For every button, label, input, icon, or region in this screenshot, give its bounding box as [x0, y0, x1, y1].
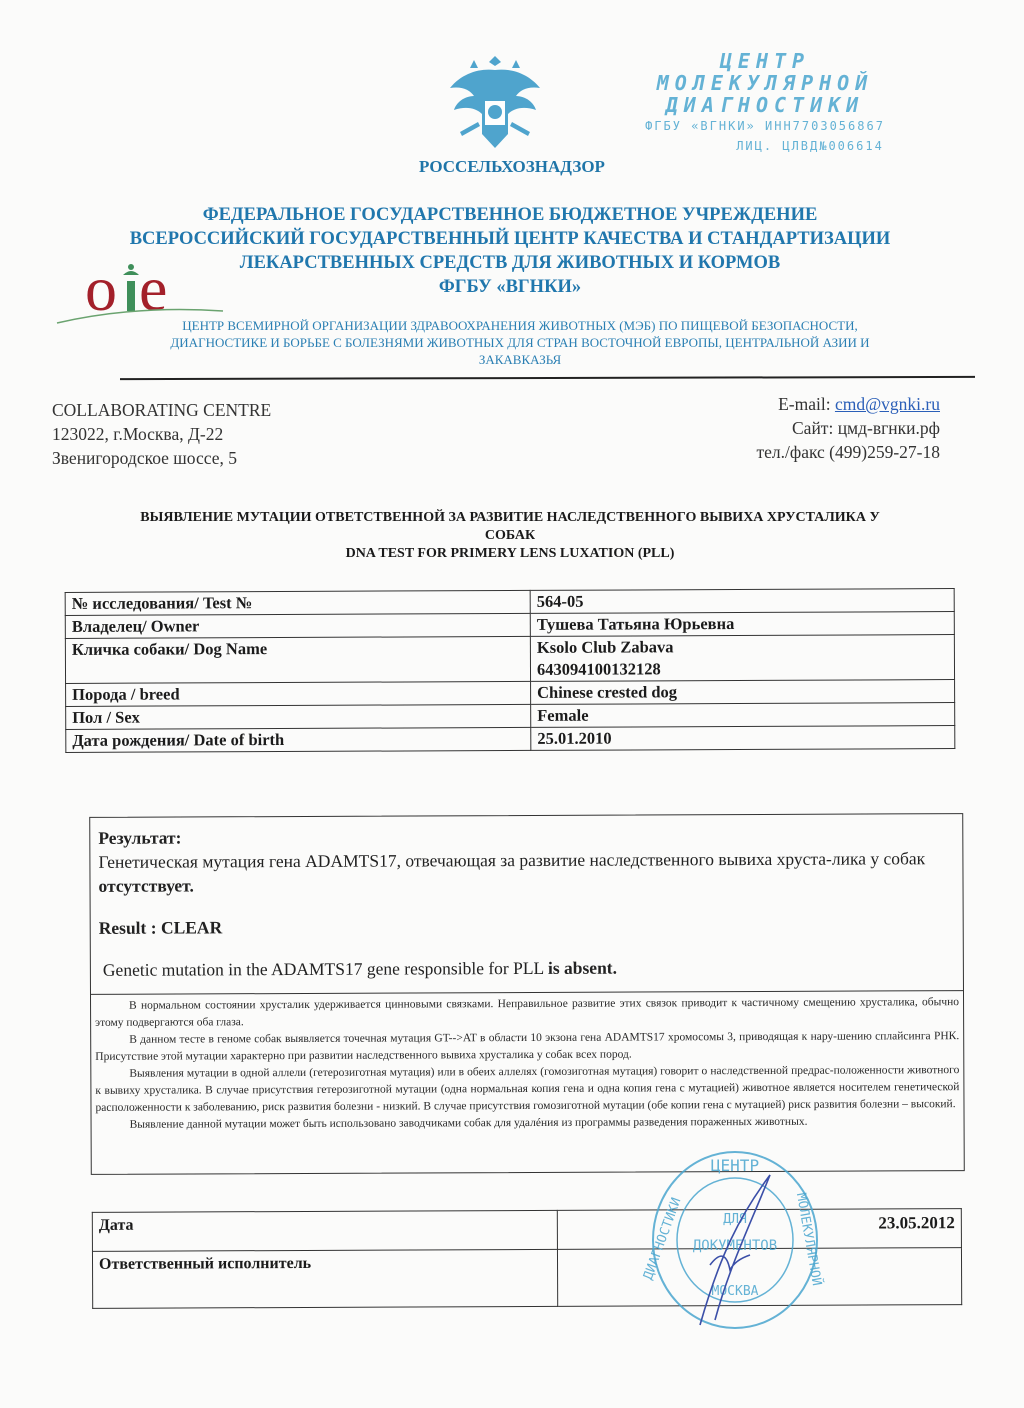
header-divider — [120, 376, 975, 380]
note-paragraph: В нормальном состоянии хрусталик удержив… — [95, 994, 959, 1032]
svg-text:ДИАГНОСТИКИ: ДИАГНОСТИКИ — [641, 1196, 685, 1282]
svg-text:e: e — [139, 255, 167, 324]
row-value: 564-05 — [530, 589, 954, 614]
address-line: Звенигородское шоссе, 5 — [52, 446, 271, 470]
oie-logo-icon: o e — [55, 255, 225, 325]
org-title-line: ФЕДЕРАЛЬНОЕ ГОСУДАРСТВЕННОЕ БЮДЖЕТНОЕ УЧ… — [60, 203, 960, 227]
org-sub-line: ЗАКАВКАЗЬЯ — [80, 351, 960, 368]
email-link[interactable]: cmd@vgnki.ru — [835, 394, 940, 414]
email-label: E-mail: — [778, 394, 835, 414]
stamp-line-1: ЦЕНТР — [600, 50, 930, 72]
row-value: Female — [531, 703, 955, 728]
contact-block: E-mail: cmd@vgnki.ru Сайт: цмд-вгнки.рф … — [756, 392, 940, 464]
result-en-text: Genetic mutation in the ADAMTS17 gene re… — [103, 958, 548, 980]
title-ru-line: СОБАК — [50, 527, 970, 545]
result-ru: Генетическая мутация гена ADAMTS17, отве… — [98, 846, 954, 898]
row-label: Дата рождения/ Date of birth — [66, 727, 531, 752]
title-ru-line: ВЫЯВЛЕНИЕ МУТАЦИИ ОТВЕТСТВЕННОЙ ЗА РАЗВИ… — [50, 509, 970, 527]
result-en: Genetic mutation in the ADAMTS17 gene re… — [99, 954, 955, 982]
stamp-line-4: ФГБУ «ВГНКИ» ИНН7703056867 — [600, 116, 930, 136]
svg-text:МОСКВА: МОСКВА — [712, 1284, 759, 1299]
table-row: Дата 23.05.2012 — [92, 1209, 961, 1252]
organization-subtitle: ЦЕНТР ВСЕМИРНОЙ ОРГАНИЗАЦИИ ЗДРАВООХРАНЕ… — [80, 317, 960, 368]
row-label: Порода / breed — [66, 681, 531, 706]
signature-table: Дата 23.05.2012 Ответственный исполнител… — [92, 1208, 962, 1309]
result-ru-text: Генетическая мутация гена ADAMTS17, отве… — [98, 848, 925, 872]
table-row: Кличка собаки/ Dog Name Ksolo Club Zabav… — [65, 635, 954, 684]
org-sub-line: ЦЕНТР ВСЕМИРНОЙ ОРГАНИЗАЦИИ ЗДРАВООХРАНЕ… — [80, 317, 960, 334]
svg-text:ЦЕНТР: ЦЕНТР — [711, 1156, 759, 1175]
svg-text:МОЛЕКУЛЯРНОЙ: МОЛЕКУЛЯРНОЙ — [793, 1192, 825, 1287]
row-label: Владелец/ Owner — [65, 613, 530, 638]
address-line: COLLABORATING CENTRE — [52, 398, 271, 422]
molecular-diagnostics-stamp: ЦЕНТР МОЛЕКУЛЯРНОЙ ДИАГНОСТИКИ ФГБУ «ВГН… — [600, 50, 930, 156]
row-value: 25.01.2010 — [531, 726, 955, 751]
address-line: 123022, г.Москва, Д-22 — [52, 422, 271, 446]
address-block: COLLABORATING CENTRE 123022, г.Москва, Д… — [52, 398, 271, 470]
table-row: Ответственный исполнитель — [92, 1248, 961, 1309]
row-value: Ksolo Club Zabava 643094100132128 — [530, 635, 954, 682]
row-label: № исследования/ Test № — [65, 590, 530, 615]
note-paragraph: Выявление данной мутации может быть испо… — [96, 1113, 960, 1134]
result-ru-bold: отсутствует. — [98, 875, 193, 895]
svg-text:ДОКУМЕНТОВ: ДОКУМЕНТОВ — [693, 1238, 777, 1254]
result-clear: Result : CLEAR — [99, 912, 955, 940]
site-text: Сайт: цмд-вгнки.рф — [756, 416, 940, 440]
result-box: Результат: Генетическая мутация гена ADA… — [89, 813, 965, 1175]
result-en-bold: is absent. — [548, 958, 617, 978]
row-label: Кличка собаки/ Dog Name — [65, 636, 530, 683]
org-sub-line: ДИАГНОСТИКЕ И БОРЬБЕ С БОЛЕЗНЯМИ ЖИВОТНЫ… — [80, 334, 960, 351]
executor-label: Ответственный исполнитель — [92, 1249, 557, 1308]
title-en: DNA TEST FOR PRIMERY LENS LUXATION (PLL) — [50, 545, 970, 563]
note-paragraph: В данном тесте в геноме собак выявляется… — [95, 1028, 959, 1066]
phone-text: тел./факс (499)259-27-18 — [756, 440, 940, 464]
stamp-line-2: МОЛЕКУЛЯРНОЙ — [600, 72, 930, 94]
dog-chip-number: 643094100132128 — [537, 657, 948, 681]
document-title: ВЫЯВЛЕНИЕ МУТАЦИИ ОТВЕТСТВЕННОЙ ЗА РАЗВИ… — [50, 509, 970, 563]
notes: В нормальном состоянии хрусталик удержив… — [95, 994, 960, 1134]
row-value: Тушева Татьяна Юрьевна — [530, 612, 954, 637]
org-title-line: ВСЕРОССИЙСКИЙ ГОСУДАРСТВЕННЫЙ ЦЕНТР КАЧЕ… — [60, 227, 960, 251]
stamp-line-5: ЛИЦ. ЦЛВД№006614 — [600, 136, 930, 156]
row-label: Пол / Sex — [66, 704, 531, 729]
table-row: Дата рождения/ Date of birth 25.01.2010 — [66, 726, 955, 753]
round-stamp-icon: ЦЕНТР ДЛЯ ДОКУМЕНТОВ МОСКВА ДИАГНОСТИКИ … — [640, 1135, 825, 1335]
note-paragraph: Выявления мутации в одной аллели (гетеро… — [95, 1062, 959, 1117]
stamp-line-3: ДИАГНОСТИКИ — [600, 94, 930, 116]
dog-name: Ksolo Club Zabava — [537, 635, 948, 659]
row-value: Chinese crested dog — [531, 680, 955, 705]
double-headed-eagle-emblem-icon — [440, 48, 550, 158]
info-table: № исследования/ Test № 564-05 Владелец/ … — [65, 588, 956, 753]
agency-name: РОССЕЛЬХОЗНАДЗОР — [0, 157, 1024, 177]
date-label: Дата — [92, 1210, 557, 1251]
